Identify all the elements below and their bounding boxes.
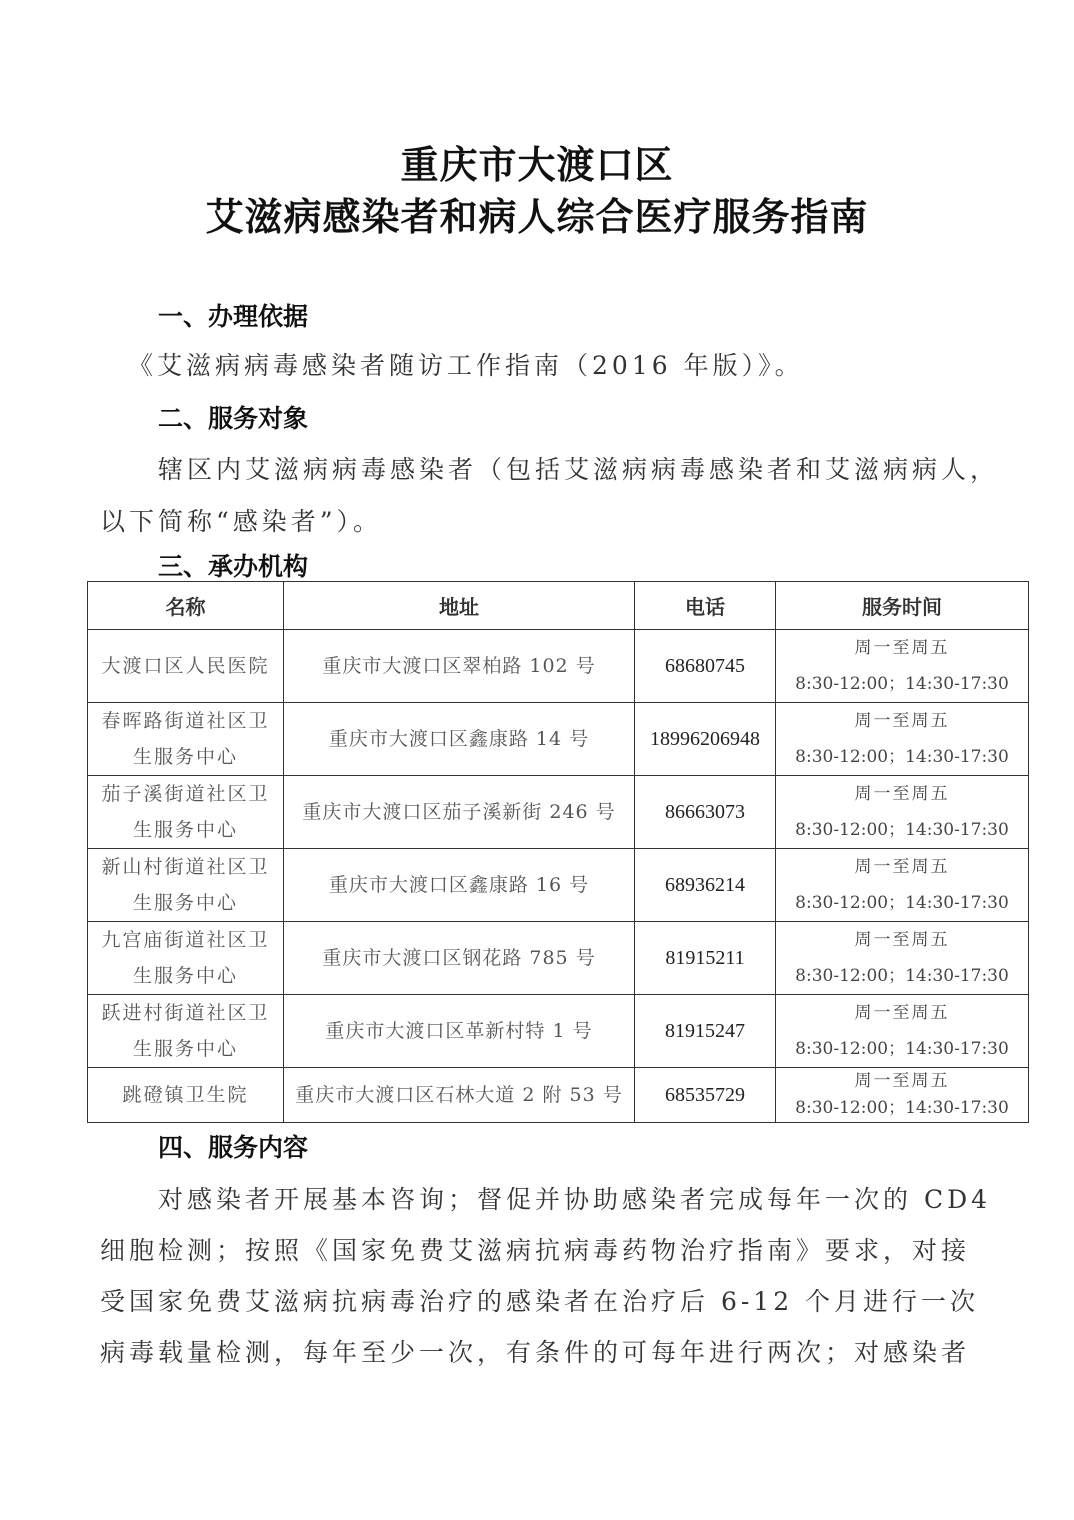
cell-address: 重庆市大渡口区翠柏路 102 号 (284, 630, 635, 703)
institutions-table: 名称 地址 电话 服务时间 大渡口区人民医院 重庆市大渡口区翠柏路 102 号 … (87, 581, 1029, 1123)
section-text-content-line1: 对感染者开展基本咨询；督促并协助感染者完成每年一次的 CD4 (158, 1180, 991, 1216)
cell-phone: 68680745 (635, 630, 776, 703)
table-row: 茄子溪街道社区卫生服务中心 重庆市大渡口区茄子溪新街 246 号 8666307… (88, 776, 1029, 849)
cell-phone: 18996206948 (635, 703, 776, 776)
table-header-row: 名称 地址 电话 服务时间 (88, 582, 1029, 630)
header-phone: 电话 (635, 582, 776, 630)
header-address: 地址 (284, 582, 635, 630)
header-hours: 服务时间 (776, 582, 1029, 630)
header-name: 名称 (88, 582, 284, 630)
section-text-target-line2: 以下简称“感染者”）。 (100, 502, 382, 538)
cell-name: 大渡口区人民医院 (88, 630, 284, 703)
cell-phone: 81915247 (635, 995, 776, 1068)
section-heading-institutions: 三、承办机构 (158, 547, 308, 583)
cell-hours: 周一至周五8:30-12:00；14:30-17:30 (776, 922, 1029, 995)
section-text-content-line3: 受国家免费艾滋病抗病毒治疗的感染者在治疗后 6-12 个月进行一次 (100, 1282, 979, 1318)
section-text-content-line2: 细胞检测；按照《国家免费艾滋病抗病毒药物治疗指南》要求，对接 (100, 1231, 970, 1267)
cell-phone: 68535729 (635, 1068, 776, 1123)
section-text-content-line4: 病毒载量检测，每年至少一次，有条件的可每年进行两次；对感染者 (100, 1333, 970, 1369)
cell-name: 九宫庙街道社区卫生服务中心 (88, 922, 284, 995)
cell-name: 新山村街道社区卫生服务中心 (88, 849, 284, 922)
cell-address: 重庆市大渡口区革新村特 1 号 (284, 995, 635, 1068)
table-row: 跳磴镇卫生院 重庆市大渡口区石林大道 2 附 53 号 68535729 周一至… (88, 1068, 1029, 1123)
cell-name: 跳磴镇卫生院 (88, 1068, 284, 1123)
document-title-line2: 艾滋病感染者和病人综合医疗服务指南 (0, 186, 1074, 241)
section-text-basis: 《艾滋病病毒感染者随访工作指南（2016 年版）》。 (128, 346, 804, 382)
cell-address: 重庆市大渡口区钢花路 785 号 (284, 922, 635, 995)
cell-hours: 周一至周五8:30-12:00；14:30-17:30 (776, 995, 1029, 1068)
cell-phone: 81915211 (635, 922, 776, 995)
cell-name: 春晖路街道社区卫生服务中心 (88, 703, 284, 776)
cell-address: 重庆市大渡口区鑫康路 16 号 (284, 849, 635, 922)
cell-hours: 周一至周五8:30-12:00；14:30-17:30 (776, 703, 1029, 776)
section-heading-basis: 一、办理依据 (158, 297, 308, 333)
cell-address: 重庆市大渡口区鑫康路 14 号 (284, 703, 635, 776)
cell-hours: 周一至周五8:30-12:00；14:30-17:30 (776, 776, 1029, 849)
cell-address: 重庆市大渡口区茄子溪新街 246 号 (284, 776, 635, 849)
cell-phone: 68936214 (635, 849, 776, 922)
table-row: 跃进村街道社区卫生服务中心 重庆市大渡口区革新村特 1 号 81915247 周… (88, 995, 1029, 1068)
section-heading-target: 二、服务对象 (158, 399, 308, 435)
section-heading-content: 四、服务内容 (158, 1128, 308, 1164)
cell-hours: 周一至周五8:30-12:00；14:30-17:30 (776, 1068, 1029, 1123)
table-row: 九宫庙街道社区卫生服务中心 重庆市大渡口区钢花路 785 号 81915211 … (88, 922, 1029, 995)
section-text-target-line1: 辖区内艾滋病病毒感染者（包括艾滋病病毒感染者和艾滋病病人， (158, 450, 999, 486)
cell-phone: 86663073 (635, 776, 776, 849)
cell-name: 茄子溪街道社区卫生服务中心 (88, 776, 284, 849)
cell-address: 重庆市大渡口区石林大道 2 附 53 号 (284, 1068, 635, 1123)
table-row: 春晖路街道社区卫生服务中心 重庆市大渡口区鑫康路 14 号 1899620694… (88, 703, 1029, 776)
table-row: 新山村街道社区卫生服务中心 重庆市大渡口区鑫康路 16 号 68936214 周… (88, 849, 1029, 922)
cell-name: 跃进村街道社区卫生服务中心 (88, 995, 284, 1068)
document-title-line1: 重庆市大渡口区 (0, 134, 1074, 189)
cell-hours: 周一至周五8:30-12:00；14:30-17:30 (776, 630, 1029, 703)
table-row: 大渡口区人民医院 重庆市大渡口区翠柏路 102 号 68680745 周一至周五… (88, 630, 1029, 703)
cell-hours: 周一至周五8:30-12:00；14:30-17:30 (776, 849, 1029, 922)
